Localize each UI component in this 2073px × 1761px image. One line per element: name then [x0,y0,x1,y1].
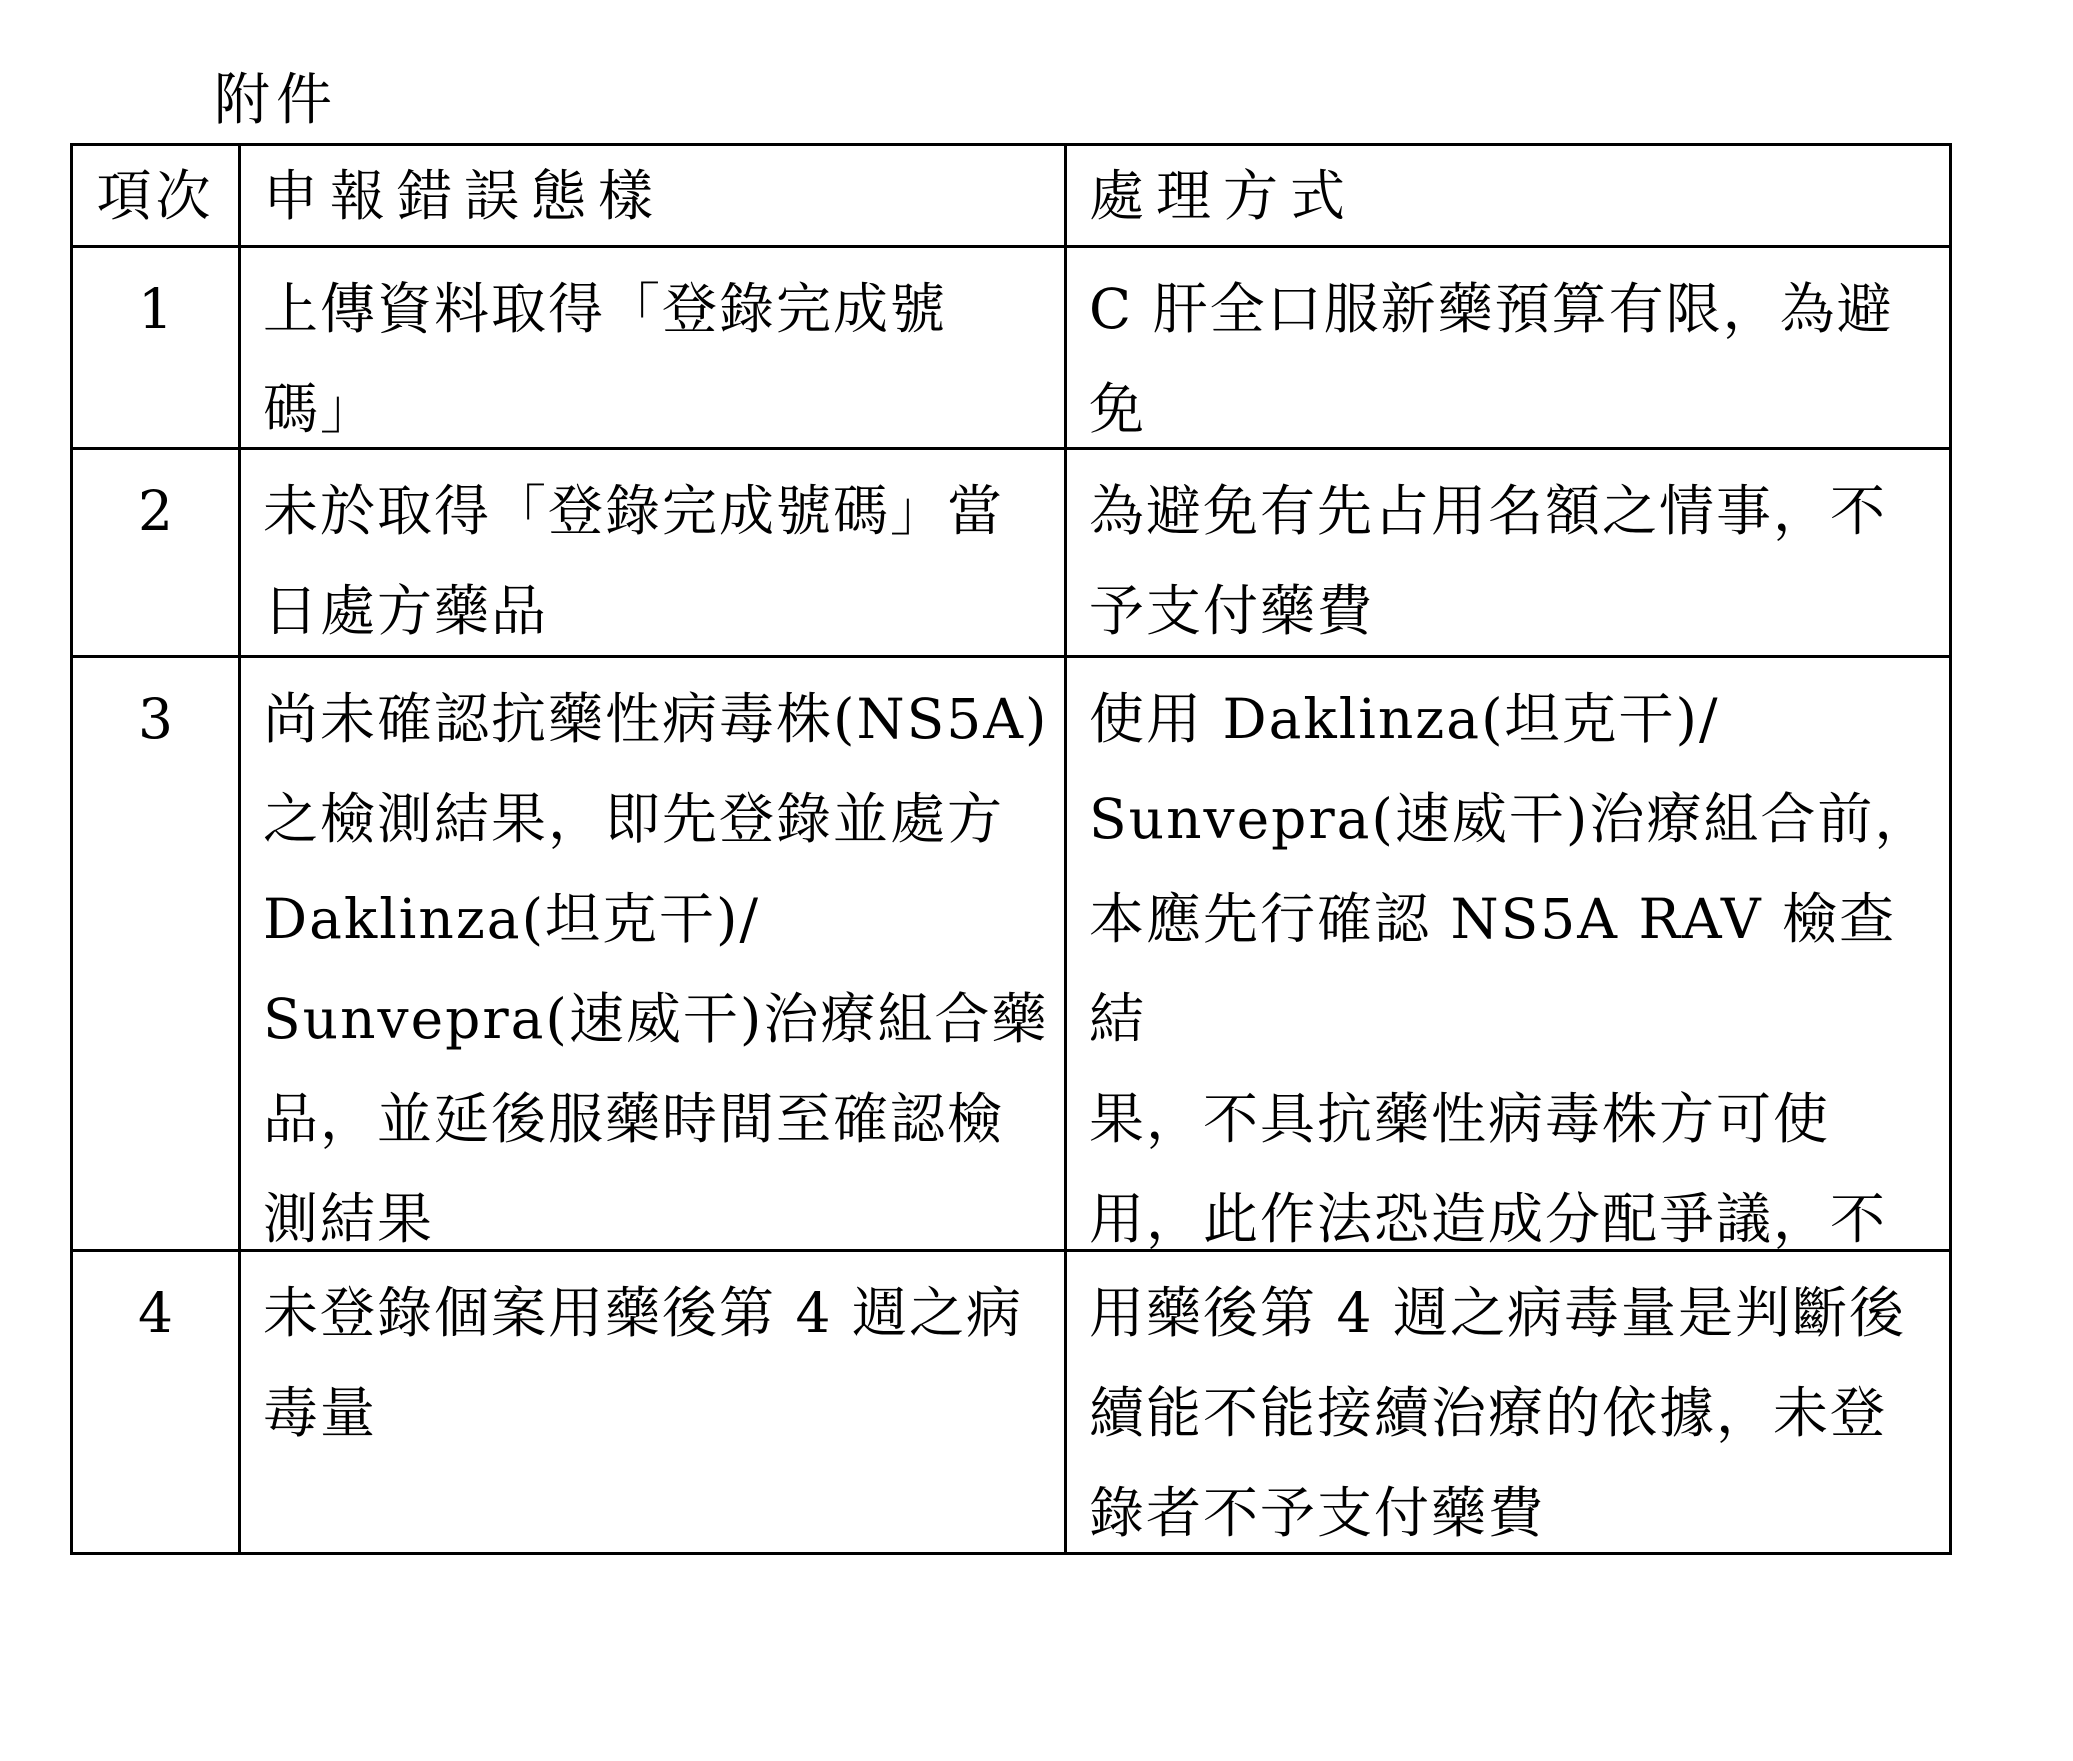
error-type-cell: 未於取得「登錄完成號碼」當 日處方藥品 [241,450,1067,658]
page-title: 附件 [214,66,338,136]
document-page: 附件 項次 申報錯誤態樣 處理方式 1 上傳資料取得「登錄完成號碼」 前，即先處… [0,0,2073,1761]
handling-cell: 用藥後第 4 週之病毒量是判斷後 續能不能接續治療的依據，未登 錄者不予支付藥費 [1067,1252,1949,1552]
error-type-cell: 上傳資料取得「登錄完成號碼」 前，即先處方藥品 [241,248,1067,450]
row-index-cell: 2 [73,450,241,658]
error-type-cell: 未登錄個案用藥後第 4 週之病 毒量 [241,1252,1067,1552]
handling-cell: C 肝全口服新藥預算有限，為避免 有分配爭議產生，不予支付藥費 [1067,248,1949,450]
row-index-cell: 4 [73,1252,241,1552]
handling-cell: 為避免有先占用名額之情事，不 予支付藥費 [1067,450,1949,658]
column-header-error-type: 申報錯誤態樣 [241,146,1067,248]
error-type-cell: 尚未確認抗藥性病毒株(NS5A) 之檢測結果，即先登錄並處方 Daklinza(… [241,658,1067,1252]
row-index-cell: 1 [73,248,241,450]
handling-cell: 使用 Daklinza(坦克干)/ Sunvepra(速威干)治療組合前， 本應… [1067,658,1949,1252]
column-header-index: 項次 [73,146,241,248]
attachment-table: 項次 申報錯誤態樣 處理方式 1 上傳資料取得「登錄完成號碼」 前，即先處方藥品… [70,143,1952,1555]
row-index-cell: 3 [73,658,241,1252]
column-header-handling: 處理方式 [1067,146,1949,248]
